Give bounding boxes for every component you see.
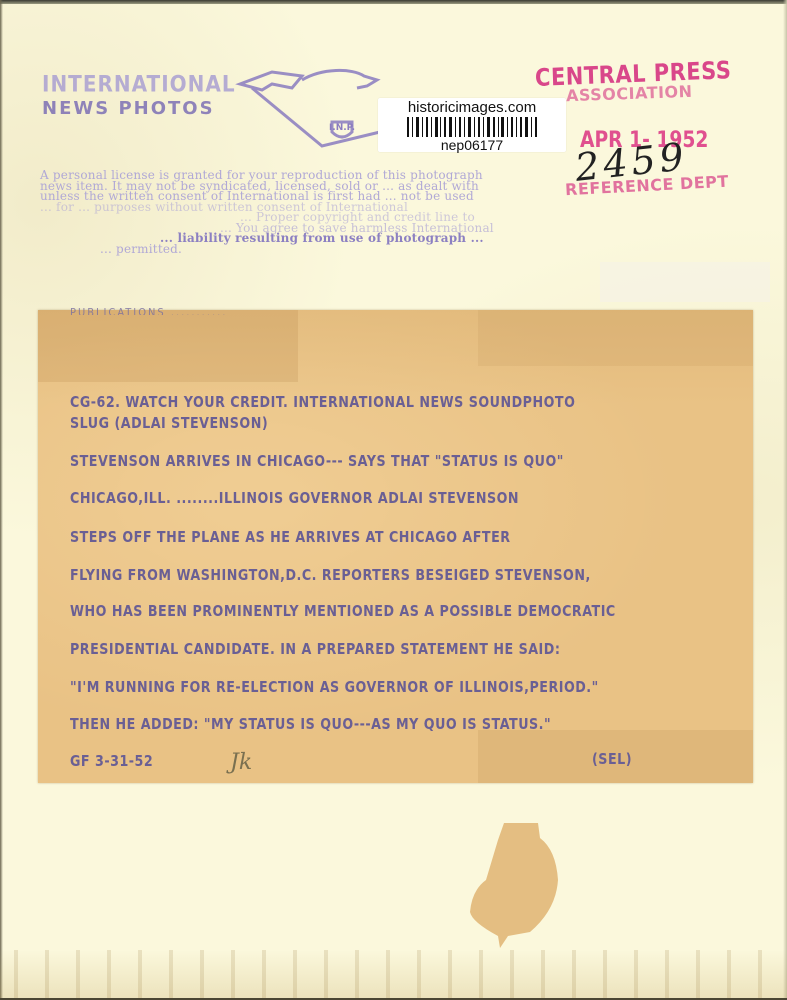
barcode-id-text: nep06177 [378,137,566,153]
top-edge [0,0,787,4]
caption-line: PRESIDENTIAL CANDIDATE. IN A PREPARED ST… [70,640,560,658]
caption-line: STEPS OFF THE PLANE AS HE ARRIVES AT CHI… [70,528,511,546]
caption-line: CG-62. WATCH YOUR CREDIT. INTERNATIONAL … [70,393,575,411]
caption-line: "I'M RUNNING FOR RE-ELECTION AS GOVERNOR… [70,678,599,696]
caption-line: CHICAGO,ILL. ........ILLINOIS GOVERNOR A… [70,489,519,507]
license-line: ... You agree to save harmless Internati… [40,223,620,234]
clipping-cut-header: PUBLICATIONS ........... [70,306,227,315]
clipping-shade [478,310,753,366]
left-edge [0,0,3,1000]
caption-line: FLYING FROM WASHINGTON,D.C. REPORTERS BE… [70,566,591,584]
caption-headline: STEVENSON ARRIVES IN CHICAGO--- SAYS THA… [70,452,564,470]
clipping-shade [38,310,298,382]
barcode-icon [407,117,537,137]
caption-line: THEN HE ADDED: "MY STATUS IS QUO---AS MY… [70,715,551,733]
barcode-label: historicimages.com nep06177 [378,98,566,152]
svg-text:I.N.P.: I.N.P. [329,123,355,133]
barcode-site-text: historicimages.com [378,100,566,116]
caption-clipping: PUBLICATIONS ........... CG-62. WATCH YO… [38,310,753,783]
handwritten-initials: Jk [230,750,252,775]
inp-eagle-logo-icon: I.N.P. [232,66,382,156]
bottom-stains [0,950,787,1000]
license-line: ... permitted. [40,244,620,255]
source-code: (SEL) [592,750,632,768]
license-text-block: A personal license is granted for your r… [40,170,620,254]
caption-dateline: GF 3-31-52 [70,752,153,770]
caption-line: WHO HAS BEEN PROMINENTLY MENTIONED AS A … [70,602,616,620]
pale-paper-patch [600,262,770,302]
caption-line: SLUG (ADLAI STEVENSON) [70,414,268,432]
right-edge [783,0,787,1000]
inp-stamp-line2: NEWS PHOTOS [42,98,236,119]
glue-stain [468,820,568,950]
inp-stamp: INTERNATIONAL NEWS PHOTOS [42,72,236,119]
inp-stamp-line1: INTERNATIONAL [42,71,236,97]
